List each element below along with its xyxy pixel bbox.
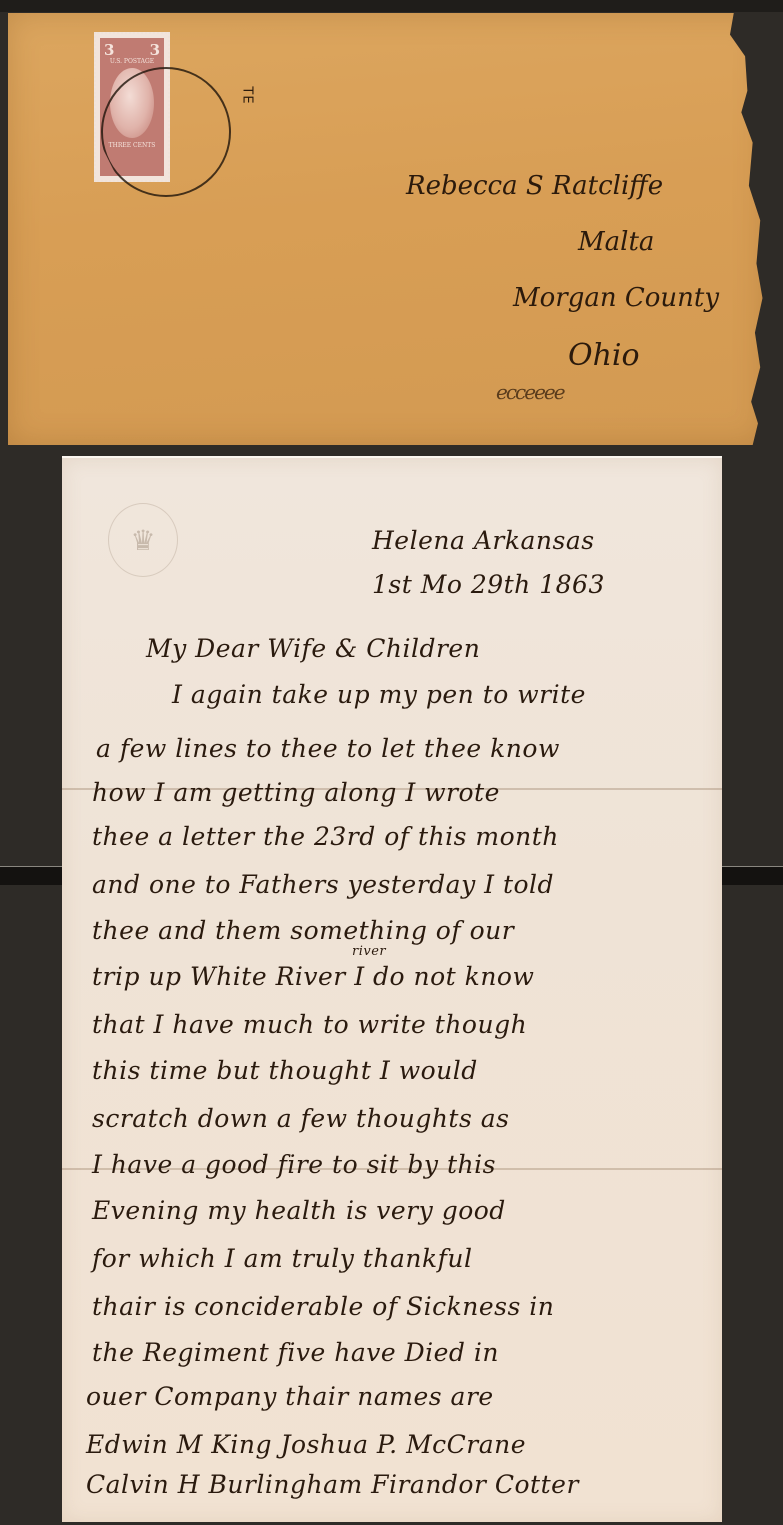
address-town: Malta [578,227,654,257]
stamp-denomination-right: 3 [150,42,160,58]
postmark-circle [101,67,231,197]
letter-insertion-note: river [352,944,386,959]
letter-line: I again take up my pen to write [172,680,586,709]
address-flourish: ecceeee [496,385,564,399]
letter-line: thee a letter the 23rd of this month [92,822,559,851]
letter-line: Evening my health is very good [92,1196,506,1225]
letter-line: ouer Company thair names are [86,1382,494,1411]
letter-date: 1st Mo 29th 1863 [372,570,605,599]
letter-line: the Regiment five have Died in [92,1338,499,1367]
background-top [0,0,783,12]
letter-line: thair is conciderable of Sickness in [92,1292,554,1321]
stamp-country-label: U.S. POSTAGE [110,58,154,66]
crown-icon: ♛ [108,503,178,577]
letter-line: that I have much to write though [92,1010,527,1039]
letter-page: ♛ Helena Arkansas 1st Mo 29th 1863 My De… [62,456,722,1522]
letter-line: for which I am truly thankful [92,1244,472,1273]
letter-line: and one to Fathers yesterday I told [92,870,554,899]
letter-line: this time but thought I would [92,1056,478,1085]
letter-salutation: My Dear Wife & Children [146,634,480,663]
letter-line: a few lines to thee to let thee know [96,734,560,763]
letter-line: Calvin H Burlingham Firandor Cotter [86,1470,579,1499]
address-recipient: Rebecca S Ratcliffe [406,171,663,201]
address-state: Ohio [568,338,640,373]
letter-line: how I am getting along I wrote [92,778,500,807]
letter-place: Helena Arkansas [372,526,595,555]
letter-line: scratch down a few thoughts as [92,1104,510,1133]
letter-line: trip up White River I do not know [92,962,534,991]
letter-line: I have a good fire to sit by this [92,1150,496,1179]
envelope: 3 3 U.S. POSTAGE THREE CENTS TE Rebecca … [8,13,764,445]
address-county: Morgan County [513,283,719,313]
letter-line: Edwin M King Joshua P. McCrane [86,1430,526,1459]
postmark-text: TE [240,86,255,104]
stamp-denomination-left: 3 [104,42,114,58]
letter-line: thee and them something of our [92,916,514,945]
